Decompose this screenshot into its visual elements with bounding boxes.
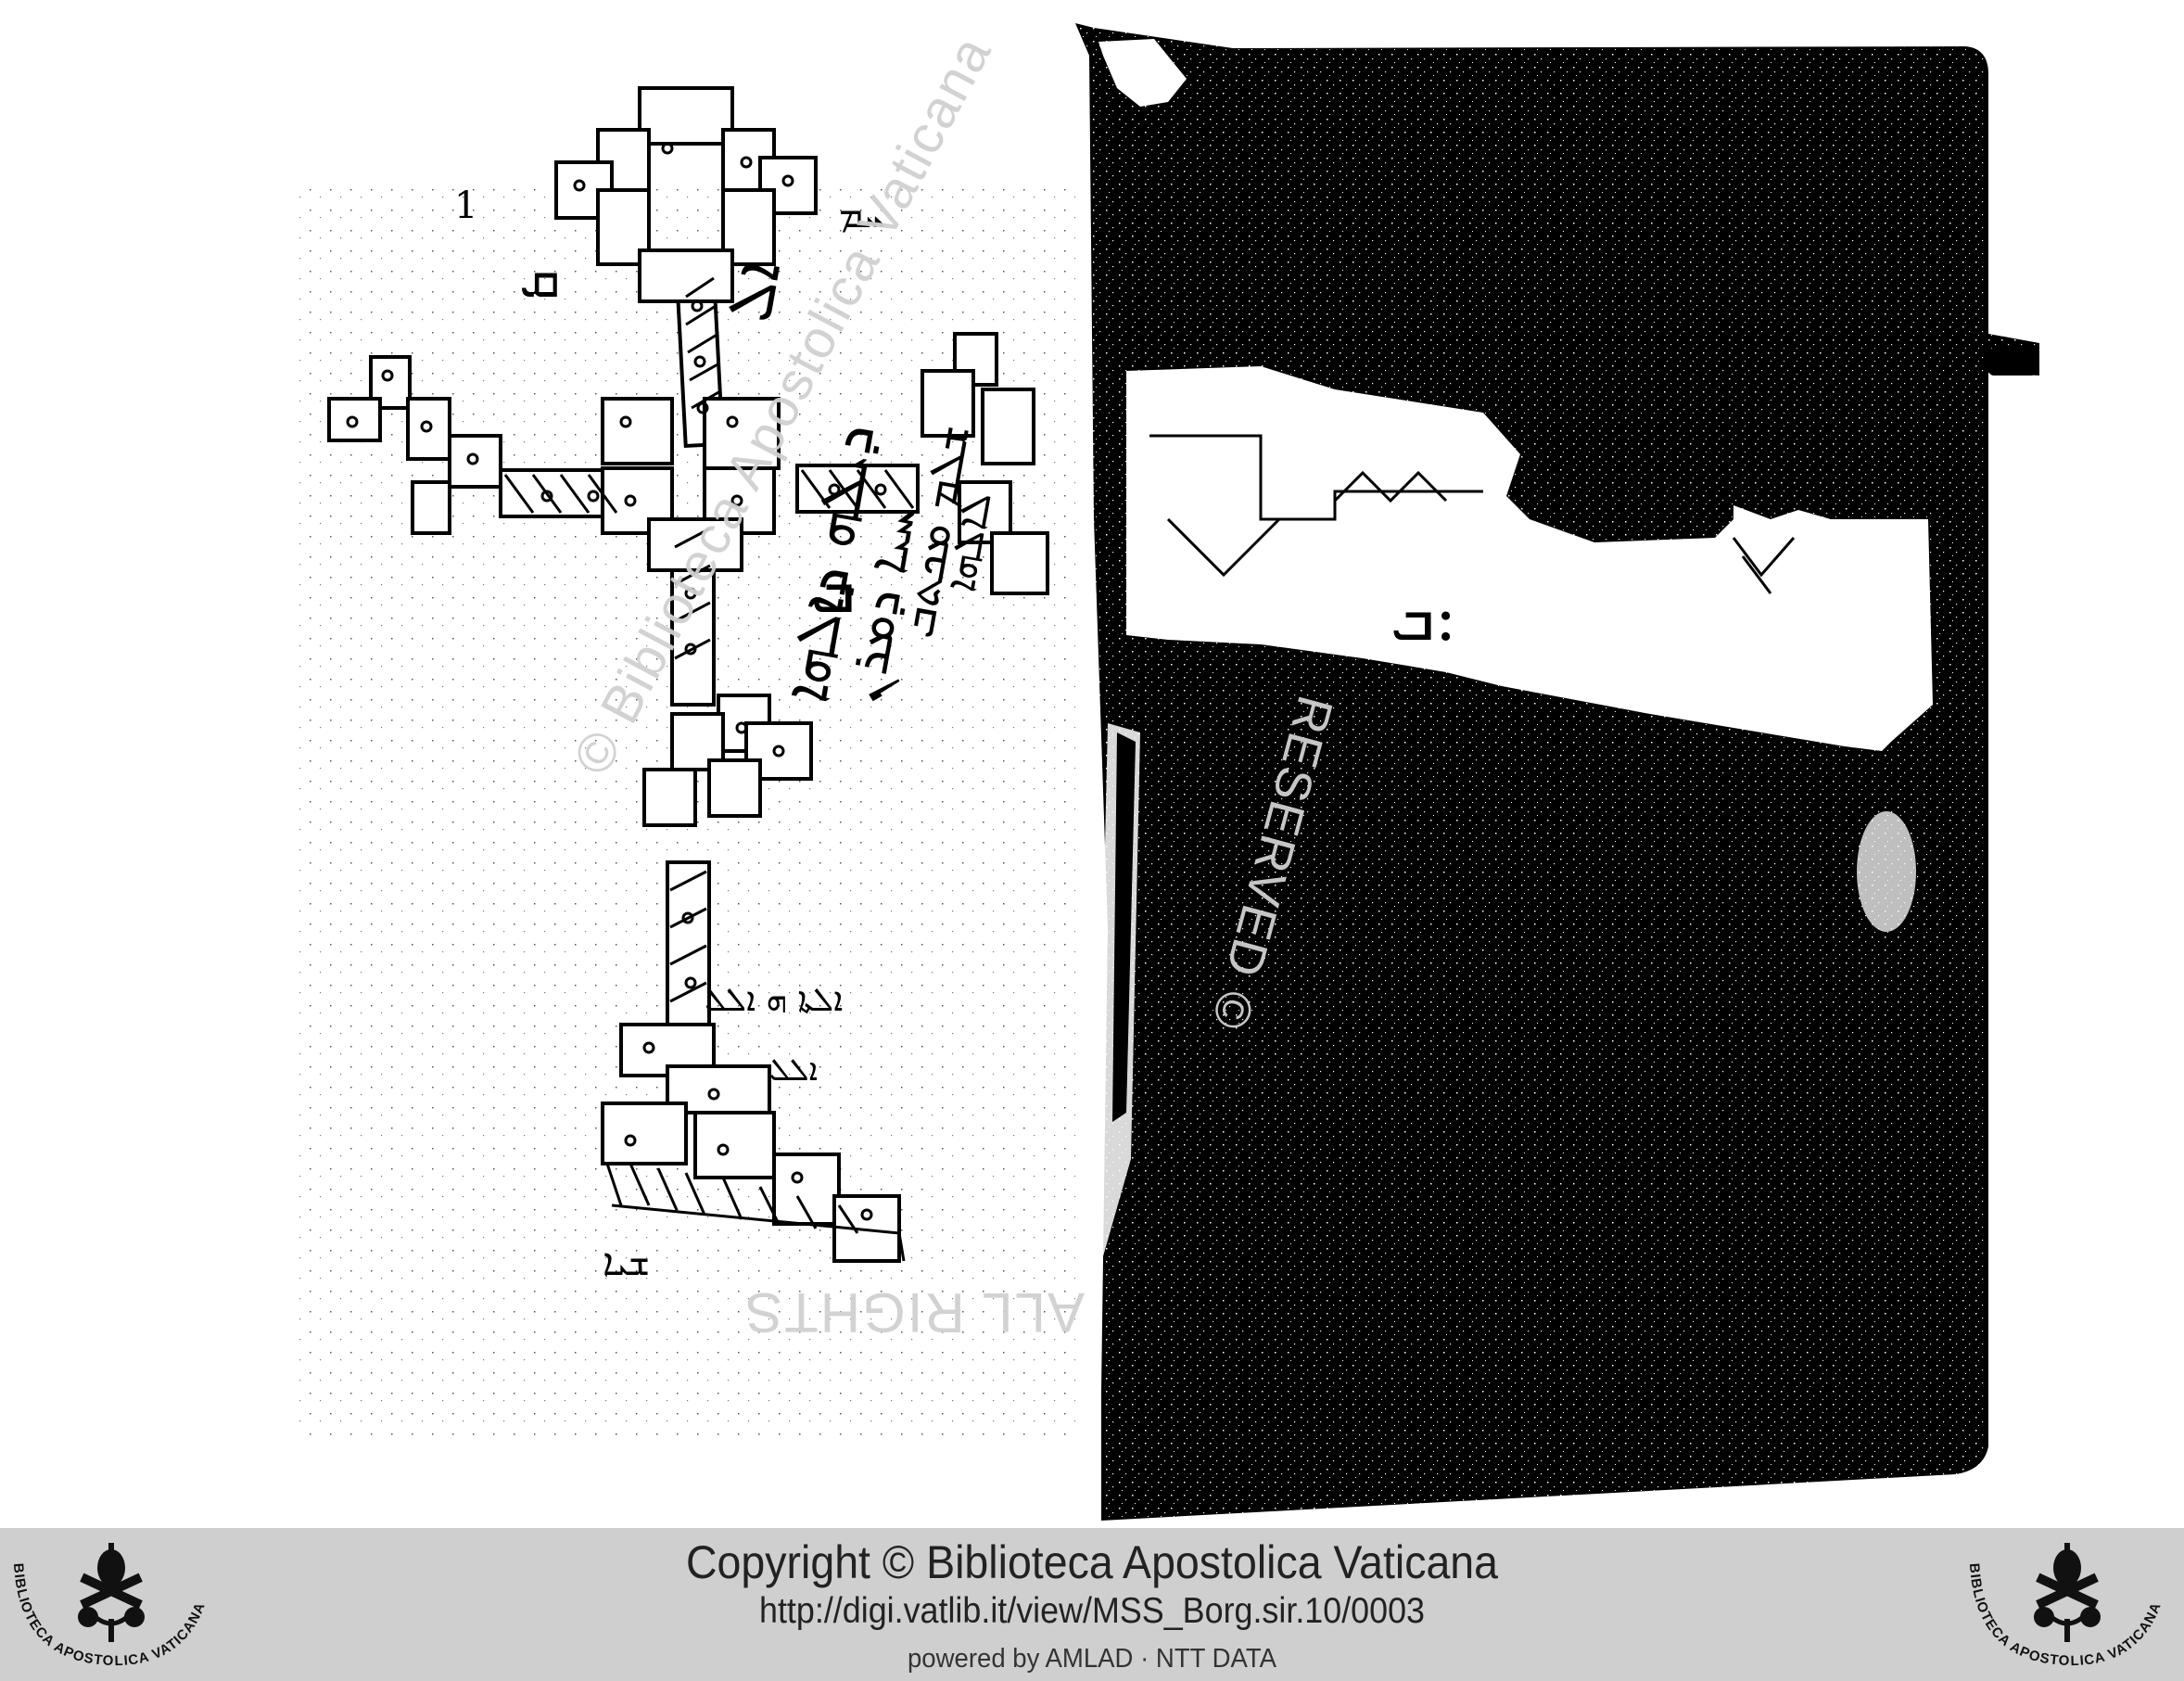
margin-mark: 1 xyxy=(454,185,477,227)
svg-text:ܫܝܐ: ܫܝܐ xyxy=(603,1242,650,1284)
svg-text:ܐܠܠ: ܐܠܠ xyxy=(769,1051,818,1089)
clasp-tab xyxy=(1988,348,2037,376)
papal-crest-icon: BIBLIOTECA APOSTOLICA VATICANA xyxy=(1956,1535,2178,1675)
watermark-line-2: ALL RIGHTS xyxy=(743,1280,1085,1344)
powered-by-text: powered by AMLAD · NTT DATA xyxy=(55,1644,2129,1675)
permalink-url[interactable]: http://digi.vatlib.it/view/MSS_Borg.sir.… xyxy=(87,1591,2097,1632)
binding-cover xyxy=(1075,23,2039,1521)
pastedown-letter: ܒ: xyxy=(1390,579,1456,656)
copyright-text: Copyright © Biblioteca Apostolica Vatica… xyxy=(76,1535,2107,1589)
svg-text:ܐܠܬܐ ܗ ܐܠܠ: ܐܠܬܐ ܗ ܐܠܠ xyxy=(705,981,843,1019)
manuscript-image: ܒ: xyxy=(0,0,2184,1528)
manuscript-scan: ܒ: xyxy=(0,0,2184,1528)
svg-text:ܩ: ܩ xyxy=(519,246,560,311)
copyright-footer: BIBLIOTECA APOSTOLICA VATICANA Copyright… xyxy=(0,1528,2184,1681)
cover-worn-spot xyxy=(1857,811,1916,932)
